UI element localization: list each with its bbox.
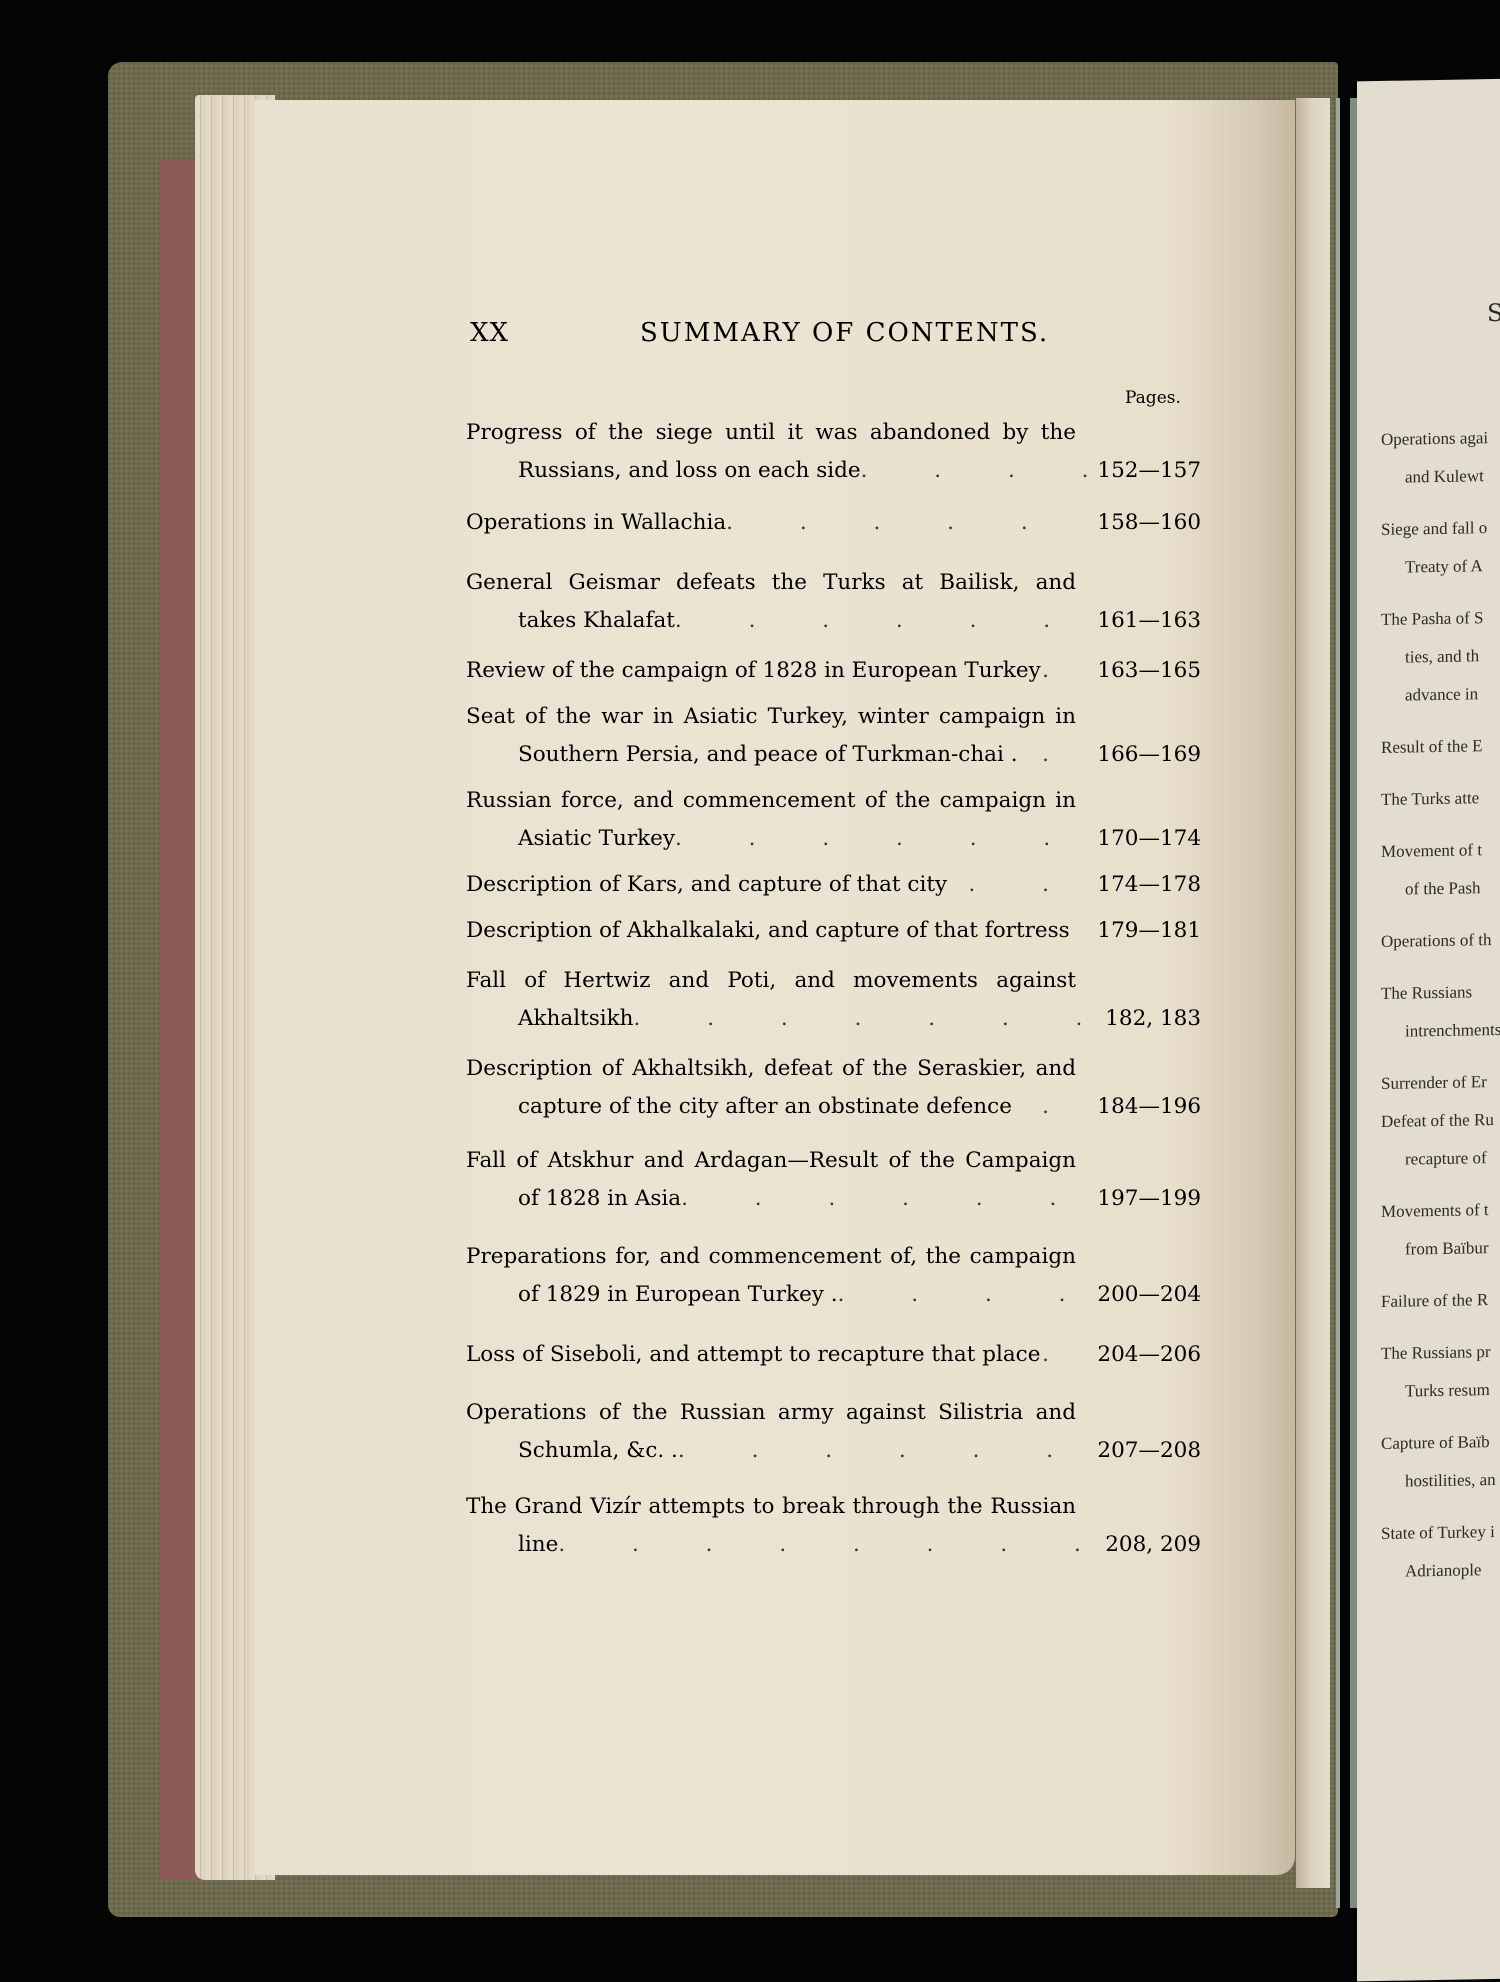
toc-entry: Progress of the siege until it was aband…	[466, 414, 1201, 490]
dot-leader: .	[1040, 1336, 1089, 1374]
entry-title-cont: of 1829 in European Turkey .	[518, 1276, 838, 1314]
dot-leader: . . . . . . . .	[681, 1180, 1089, 1218]
gutter-rule-thick	[1350, 98, 1357, 1908]
entry-title: Progress of the siege until it was aband…	[466, 414, 1076, 452]
pages-column-header: Pages.	[1125, 388, 1181, 408]
entry-title-cont: Asiatic Turkey	[518, 820, 675, 858]
page-range: 207—208	[1089, 1432, 1201, 1470]
running-head: SUMMARY OF CONTENTS.	[640, 318, 1049, 348]
right-line: Operations of th	[1381, 918, 1500, 961]
page-range: 163—165	[1089, 652, 1201, 690]
dot-leader: . . . . . . . .	[675, 820, 1089, 858]
entry-title-cont: of 1828 in Asia	[518, 1180, 681, 1218]
entry-title: Fall of Atskhur and Ardagan—Result of th…	[466, 1142, 1076, 1180]
toc-entry: General Geismar defeats the Turks at Bai…	[466, 564, 1201, 640]
dot-leader: .	[1041, 652, 1089, 690]
entry-title: Description of Kars, and capture of that…	[466, 866, 947, 904]
dot-leader: . . . . .	[861, 452, 1089, 490]
toc-entry: Description of Akhalkalaki, and capture …	[466, 912, 1201, 950]
right-line: Capture of Baïb	[1381, 1420, 1500, 1463]
gutter-rule-thin	[1336, 98, 1340, 1908]
entry-title: Operations in Wallachia	[466, 504, 726, 542]
dot-leader: .	[1018, 736, 1089, 774]
right-line: and Kulewt	[1381, 454, 1500, 497]
page-range: 152—157	[1089, 452, 1201, 490]
toc-entry: Loss of Siseboli, and attempt to recaptu…	[466, 1336, 1201, 1374]
right-line: The Russians	[1381, 970, 1500, 1013]
entry-title: Description of Akhaltsikh, defeat of the…	[466, 1050, 1076, 1088]
page-range: 161—163	[1089, 602, 1201, 640]
toc-entry: Fall of Atskhur and Ardagan—Result of th…	[466, 1142, 1201, 1218]
page-range: 174—178	[1089, 866, 1201, 904]
toc-entry: Description of Kars, and capture of that…	[466, 866, 1201, 904]
page-range: 200—204	[1089, 1276, 1201, 1314]
right-line: Adrianople	[1381, 1548, 1500, 1591]
entry-title-cont: Southern Persia, and peace of Turkman-ch…	[518, 736, 1018, 774]
right-line: Result of the E	[1381, 724, 1500, 767]
right-line: Movement of t	[1381, 828, 1500, 871]
entry-title: General Geismar defeats the Turks at Bai…	[466, 564, 1076, 602]
entry-title: Operations of the Russian army against S…	[466, 1394, 1076, 1432]
right-line: The Turks atte	[1381, 776, 1500, 819]
entry-title: Preparations for, and commencement of, t…	[466, 1238, 1076, 1276]
right-line: Turks resum	[1381, 1368, 1500, 1411]
gutter	[1296, 98, 1330, 1888]
right-line: Surrender of Er	[1381, 1060, 1500, 1103]
right-line: hostilities, an	[1381, 1458, 1500, 1501]
toc-entry: Russian force, and commencement of the c…	[466, 782, 1201, 858]
page-range: 182, 183	[1089, 1000, 1201, 1038]
dot-leader: . . . . . . . . . .	[558, 1526, 1089, 1564]
right-line: recapture of	[1381, 1136, 1500, 1179]
page-range: 166—169	[1089, 736, 1201, 774]
toc-entry: Description of Akhaltsikh, defeat of the…	[466, 1050, 1201, 1126]
right-line: from Baïbur	[1381, 1226, 1500, 1269]
right-line: State of Turkey i	[1381, 1510, 1500, 1553]
entry-title: Loss of Siseboli, and attempt to recaptu…	[466, 1336, 1040, 1374]
right-line: Movements of t	[1381, 1188, 1500, 1231]
right-line: Treaty of A	[1381, 544, 1500, 587]
entry-title: Fall of Hertwiz and Poti, and movements …	[466, 962, 1076, 1000]
page-range: 179—181	[1089, 912, 1201, 950]
toc-entry: Preparations for, and commencement of, t…	[466, 1238, 1201, 1314]
dot-leader: .	[1012, 1088, 1089, 1126]
right-line: Defeat of the Ru	[1381, 1098, 1500, 1141]
entry-title-cont: takes Khalafat	[518, 602, 675, 640]
right-line: intrenchments	[1381, 1008, 1500, 1051]
right-line: The Pasha of S	[1381, 596, 1500, 639]
page-range: 184—196	[1089, 1088, 1201, 1126]
entry-title: Russian force, and commencement of the c…	[466, 782, 1076, 820]
page-range: 170—174	[1089, 820, 1201, 858]
page-number: XX	[470, 318, 509, 348]
entry-title: Description of Akhalkalaki, and capture …	[466, 912, 1070, 950]
page-range: 204—206	[1089, 1336, 1201, 1374]
right-contents-list: Operations agai and Kulewt Siege and fal…	[1381, 416, 1500, 1591]
right-line: Siege and fall o	[1381, 506, 1500, 549]
toc-entry: Operations in Wallachia. . . . . . .158—…	[466, 504, 1201, 542]
toc-entry: Seat of the war in Asiatic Turkey, winte…	[466, 698, 1201, 774]
dot-leader: . . . . .	[838, 1276, 1089, 1314]
entry-title: Seat of the war in Asiatic Turkey, winte…	[466, 698, 1076, 736]
right-line: The Russians pr	[1381, 1330, 1500, 1373]
right-line: of the Pash	[1381, 866, 1500, 909]
page-range: 197—199	[1089, 1180, 1201, 1218]
dot-leader: . . . . . . . . .	[678, 1432, 1089, 1470]
right-line: ties, and th	[1381, 634, 1500, 677]
page-range: 158—160	[1089, 504, 1201, 542]
page-header: XX SUMMARY OF CONTENTS.	[470, 318, 1210, 358]
toc-entry: The Grand Vizír attempts to break throug…	[466, 1488, 1201, 1564]
dot-leader: . .	[947, 866, 1089, 904]
dot-leader: . . . . . . . . .	[634, 1000, 1089, 1038]
entry-title: The Grand Vizír attempts to break throug…	[466, 1488, 1076, 1526]
dot-leader: . . . . . . . .	[675, 602, 1089, 640]
right-running-head: S	[1487, 299, 1500, 327]
toc-entry: Review of the campaign of 1828 in Europe…	[466, 652, 1201, 690]
right-line: Operations agai	[1381, 416, 1500, 459]
page-range: 208, 209	[1089, 1526, 1201, 1564]
entry-title-cont: Akhaltsikh	[518, 1000, 634, 1038]
right-line: advance in	[1381, 672, 1500, 715]
entry-title-cont: Schumla, &c. .	[518, 1432, 678, 1470]
contents-list: Progress of the siege until it was aband…	[466, 414, 1201, 1564]
entry-title: Review of the campaign of 1828 in Europe…	[466, 652, 1041, 690]
entry-title-cont: capture of the city after an obstinate d…	[518, 1088, 1012, 1126]
toc-entry: Operations of the Russian army against S…	[466, 1394, 1201, 1470]
right-line: Failure of the R	[1381, 1278, 1500, 1321]
dot-leader: . . . . . . .	[726, 504, 1089, 542]
entry-title-cont: Russians, and loss on each side	[518, 452, 861, 490]
entry-title-cont: line	[518, 1526, 558, 1564]
right-page: S Operations agai and Kulewt Siege and f…	[1357, 79, 1500, 1982]
toc-entry: Fall of Hertwiz and Poti, and movements …	[466, 962, 1201, 1038]
